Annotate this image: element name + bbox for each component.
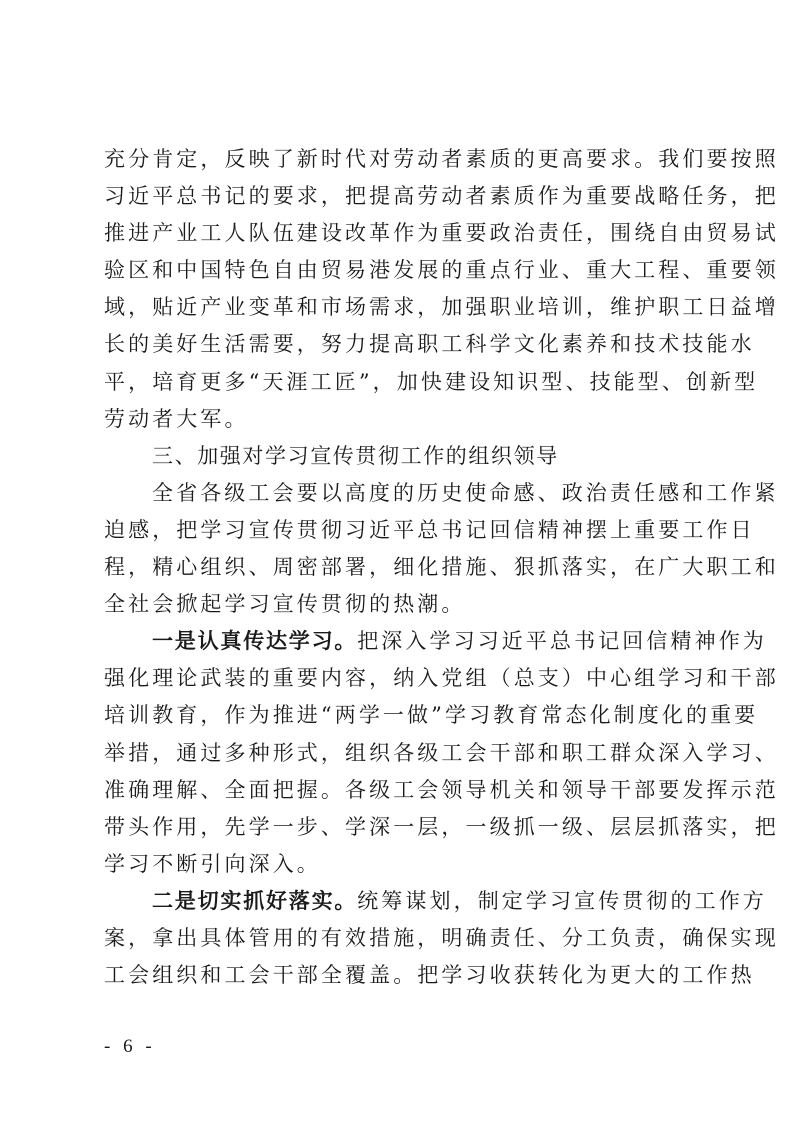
paragraph-line: 培训教育，作为推进“两学一做”学习教育常态化制度化的重要 — [104, 697, 694, 734]
item-1-text: 把深入学习习近平总书记回信精神作为 — [357, 629, 767, 653]
paragraph-line: 充分肯定，反映了新时代对劳动者素质的更高要求。我们要按照 — [104, 141, 694, 178]
paragraph-line: 强化理论武装的重要内容，纳入党组（总支）中心组学习和干部 — [104, 660, 694, 697]
paragraph-line: 劳动者大军。 — [104, 401, 694, 438]
paragraph-line: 验区和中国特色自由贸易港发展的重点行业、重大工程、重要领 — [104, 252, 694, 289]
item-1-first-line: 一是认真传达学习。把深入学习习近平总书记回信精神作为 — [104, 623, 694, 660]
paragraph-line: 习近平总书记的要求，把提高劳动者素质作为重要战略任务，把 — [104, 178, 694, 215]
paragraph-line: 域，贴近产业变革和市场需求，加强职业培训，维护职工日益增 — [104, 289, 694, 326]
paragraph-line: 全省各级工会要以高度的历史使命感、政治责任感和工作紧 — [104, 475, 694, 512]
paragraph-line: 迫感，把学习宣传贯彻习近平总书记回信精神摆上重要工作日 — [104, 512, 694, 549]
paragraph-line: 程，精心组织、周密部署，细化措施、狠抓落实，在广大职工和 — [104, 549, 694, 586]
paragraph-line: 长的美好生活需要，努力提高职工科学文化素养和技术技能水 — [104, 326, 694, 363]
section-heading: 三、加强对学习宣传贯彻工作的组织领导 — [104, 438, 694, 475]
paragraph-line: 全社会掀起学习宣传贯彻的热潮。 — [104, 586, 694, 623]
paragraph-line: 准确理解、全面把握。各级工会领导机关和领导干部要发挥示范 — [104, 772, 694, 809]
paragraph-line: 学习不断引向深入。 — [104, 846, 694, 883]
document-body: 充分肯定，反映了新时代对劳动者素质的更高要求。我们要按照 习近平总书记的要求，把… — [104, 141, 694, 994]
paragraph-line: 带头作用，先学一步、学深一层，一级抓一级、层层抓落实，把 — [104, 809, 694, 846]
item-2-text: 统筹谋划，制定学习宣传贯彻的工作方 — [357, 889, 767, 913]
paragraph-line: 平，培育更多“天涯工匠”，加快建设知识型、技能型、创新型 — [104, 364, 694, 401]
page-number: - 6 - — [104, 1036, 156, 1058]
paragraph-line: 案，拿出具体管用的有效措施，明确责任、分工负责，确保实现 — [104, 920, 694, 957]
paragraph-line: 举措，通过多种形式，组织各级工会干部和职工群众深入学习、 — [104, 735, 694, 772]
item-1-lead: 一是认真传达学习。 — [152, 629, 357, 653]
item-2-first-line: 二是切实抓好落实。统筹谋划，制定学习宣传贯彻的工作方 — [104, 883, 694, 920]
paragraph-line: 推进产业工人队伍建设改革作为重要政治责任，围绕自由贸易试 — [104, 215, 694, 252]
paragraph-line: 工会组织和工会干部全覆盖。把学习收获转化为更大的工作热 — [104, 957, 694, 994]
item-2-lead: 二是切实抓好落实。 — [152, 889, 357, 913]
